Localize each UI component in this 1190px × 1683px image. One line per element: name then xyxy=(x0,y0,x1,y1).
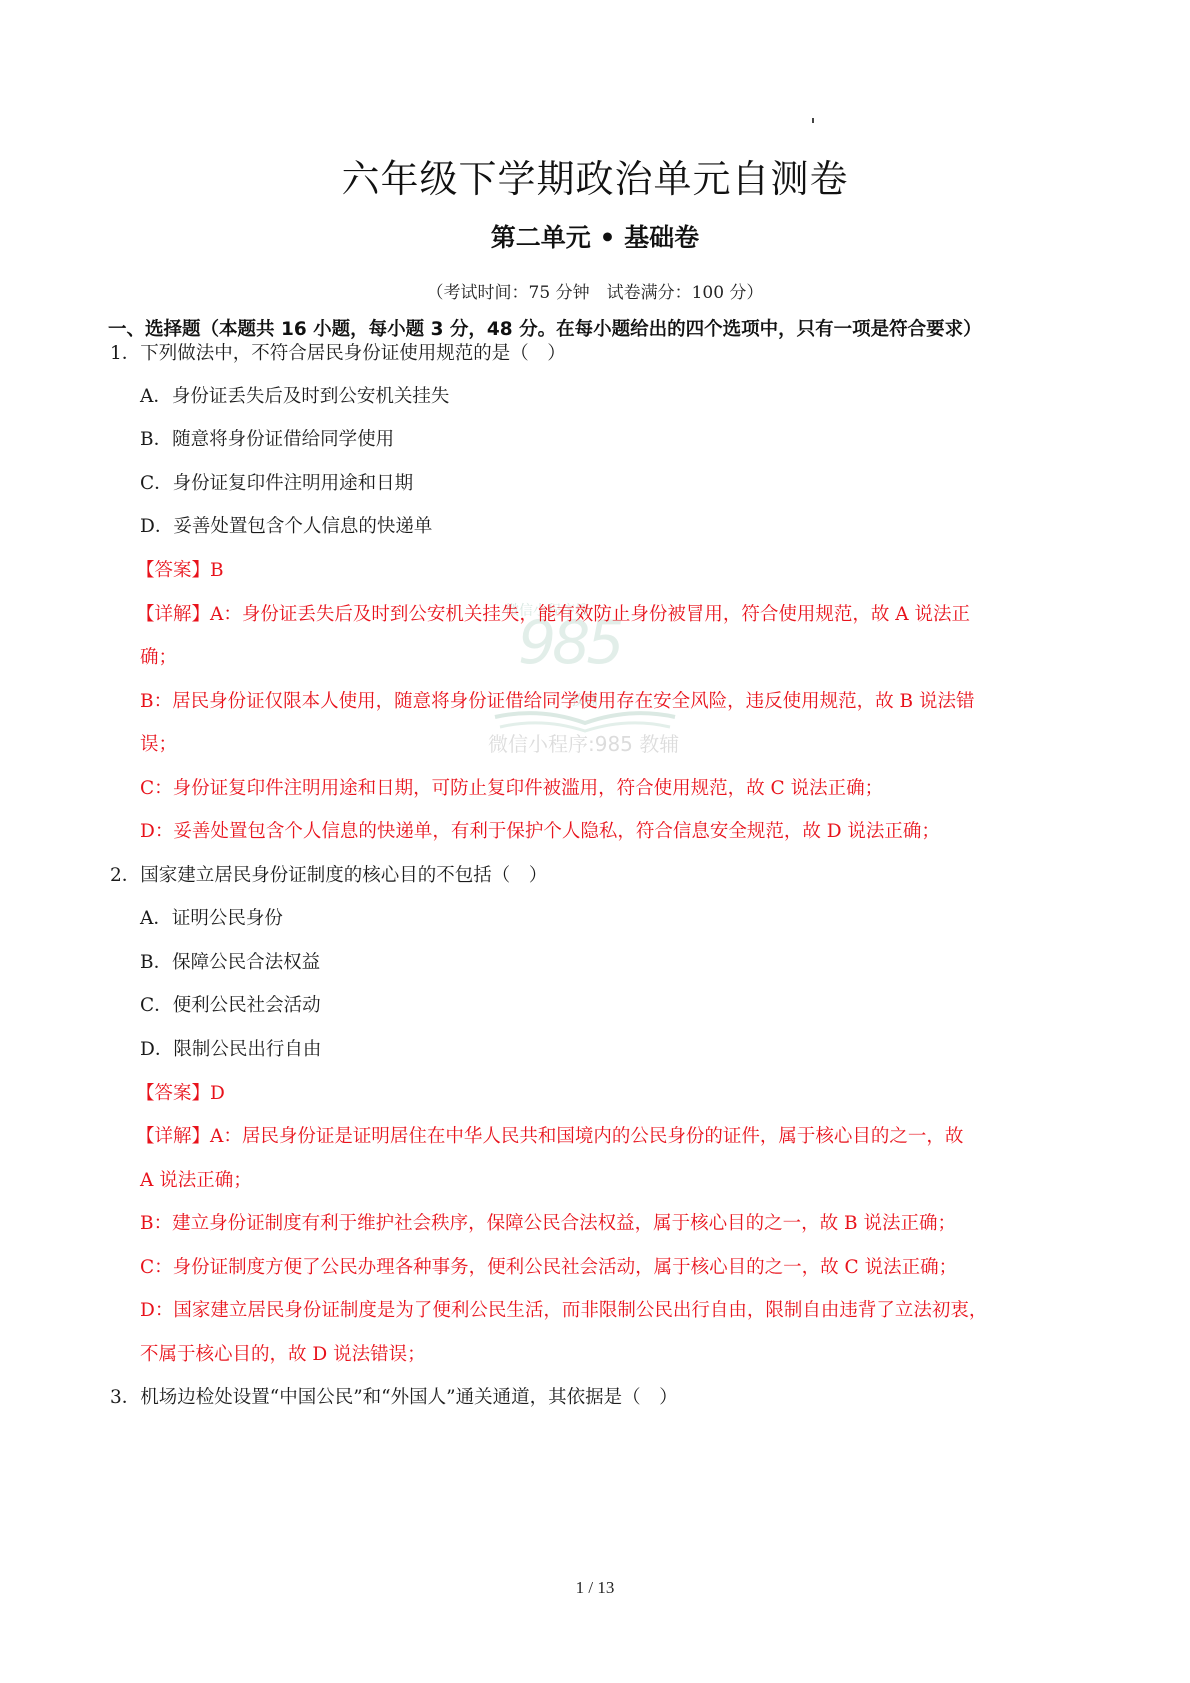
question-1-explanation-line: C：身份证复印件注明用途和日期，可防止复印件被滥用，符合使用规范，故 C 说法正… xyxy=(140,777,883,801)
question-1-answer: 【答案】B xyxy=(136,559,224,583)
page-subtitle: 第二单元 • 基础卷 xyxy=(0,218,1190,254)
question-2-explanation-line: D：国家建立居民身份证制度是为了便利公民生活，而非限制公民出行自由，限制自由违背… xyxy=(140,1299,987,1323)
question-2-stem: 2．国家建立居民身份证制度的核心目的不包括（ ） xyxy=(110,864,547,888)
document-page: 六年级下学期政治单元自测卷 第二单元 • 基础卷 （考试时间：75 分钟 试卷满… xyxy=(0,0,1190,1683)
question-1-option-d: D．妥善处置包含个人信息的快递单 xyxy=(140,515,432,539)
question-1-explanation-line: 确； xyxy=(140,646,177,670)
question-3-stem: 3．机场边检处设置“中国公民”和“外国人”通关通道，其依据是（ ） xyxy=(110,1386,678,1410)
question-1-explanation-line: 【详解】A：身份证丢失后及时到公安机关挂失，能有效防止身份被冒用，符合使用规范，… xyxy=(136,603,970,627)
stray-mark xyxy=(812,118,814,123)
question-2-option-c: C．便利公民社会活动 xyxy=(140,994,321,1018)
question-1-option-c: C．身份证复印件注明用途和日期 xyxy=(140,472,413,496)
section-heading: 一、选择题（本题共 16 小题，每小题 3 分，48 分。在每小题给出的四个选项… xyxy=(108,315,982,341)
question-2-option-b: B．保障公民合法权益 xyxy=(140,951,320,975)
page-number: 1 / 13 xyxy=(0,1578,1190,1598)
exam-info: （考试时间：75 分钟 试卷满分：100 分） xyxy=(0,278,1190,303)
question-1-option-a: A．身份证丢失后及时到公安机关挂失 xyxy=(140,385,449,409)
question-2-explanation-line: C：身份证制度方便了公民办理各种事务，便利公民社会活动，属于核心目的之一，故 C… xyxy=(140,1256,957,1280)
question-1-option-b: B．随意将身份证借给同学使用 xyxy=(140,428,394,452)
question-1-explanation-line: D：妥善处置包含个人信息的快递单，有利于保护个人隐私，符合信息安全规范，故 D … xyxy=(140,820,940,844)
question-1-explanation-line: B：居民身份证仅限本人使用，随意将身份证借给同学使用存在安全风险，违反使用规范，… xyxy=(140,690,974,714)
question-1-stem: 1．下列做法中，不符合居民身份证使用规范的是（ ） xyxy=(110,342,566,366)
page-title: 六年级下学期政治单元自测卷 xyxy=(0,148,1190,203)
question-2-answer: 【答案】D xyxy=(136,1082,225,1106)
question-2-explanation-line: 不属于核心目的，故 D 说法错误； xyxy=(140,1343,426,1367)
question-2-explanation-line: 【详解】A：居民身份证是证明居住在中华人民共和国境内的公民身份的证件，属于核心目… xyxy=(136,1125,963,1149)
question-2-explanation-line: B：建立身份证制度有利于维护社会秩序，保障公民合法权益，属于核心目的之一，故 B… xyxy=(140,1212,956,1236)
watermark-bottom-text: 微信小程序:985 教辅 xyxy=(488,728,679,757)
question-2-explanation-line: A 说法正确； xyxy=(140,1169,252,1193)
question-1-explanation-line: 误； xyxy=(140,733,177,757)
question-2-option-a: A．证明公民身份 xyxy=(140,907,283,931)
question-2-option-d: D．限制公民出行自由 xyxy=(140,1038,321,1062)
